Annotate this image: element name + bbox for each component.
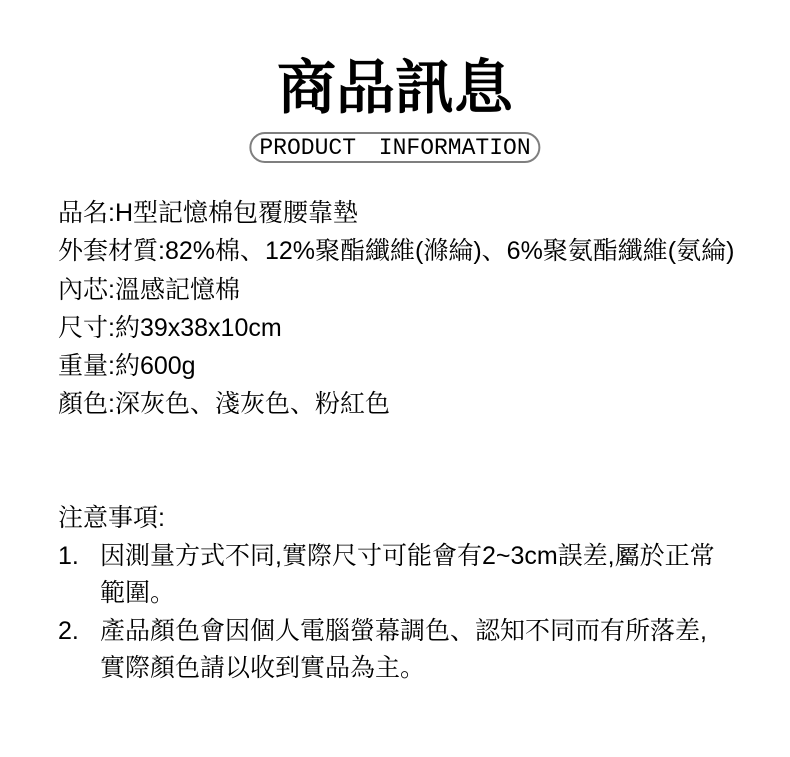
note-2-line-2: 實際顏色請以收到實品為主。 (100, 650, 758, 688)
spec-line-size: 尺寸:約39x38x10cm (58, 309, 758, 347)
spec-line-product-name: 品名:H型記憶棉包覆腰靠墊 (58, 194, 758, 232)
spec-line-inner-core: 內芯:溫感記憶棉 (58, 271, 758, 309)
notes-section: 注意事項: 1. 因測量方式不同,實際尺寸可能會有2~3cm誤差,屬於正常 範圍… (58, 500, 758, 688)
note-2-line-1: 產品顏色會因個人電腦螢幕調色、認知不同而有所落差, (100, 613, 758, 651)
page-title: 商品訊息 (0, 56, 790, 121)
note-text-2: 產品顏色會因個人電腦螢幕調色、認知不同而有所落差, 實際顏色請以收到實品為主。 (100, 613, 758, 688)
note-1-line-2: 範圍。 (100, 575, 758, 613)
note-number-1: 1. (58, 538, 100, 613)
subtitle-pill: PRODUCT INFORMATION (249, 132, 540, 163)
spec-line-weight: 重量:約600g (58, 347, 758, 385)
product-information-page: 商品訊息 PRODUCT INFORMATION 品名:H型記憶棉包覆腰靠墊 外… (0, 0, 790, 757)
note-item-1: 1. 因測量方式不同,實際尺寸可能會有2~3cm誤差,屬於正常 範圍。 (58, 538, 758, 613)
subtitle-text: PRODUCT INFORMATION (259, 135, 530, 161)
notes-heading: 注意事項: (58, 500, 758, 538)
note-1-line-1: 因測量方式不同,實際尺寸可能會有2~3cm誤差,屬於正常 (100, 538, 758, 576)
spec-line-cover-material: 外套材質:82%棉、12%聚酯纖維(滌綸)、6%聚氨酯纖維(氨綸) (58, 232, 758, 270)
note-number-2: 2. (58, 613, 100, 688)
product-specs: 品名:H型記憶棉包覆腰靠墊 外套材質:82%棉、12%聚酯纖維(滌綸)、6%聚氨… (58, 194, 758, 424)
note-item-2: 2. 產品顏色會因個人電腦螢幕調色、認知不同而有所落差, 實際顏色請以收到實品為… (58, 613, 758, 688)
note-text-1: 因測量方式不同,實際尺寸可能會有2~3cm誤差,屬於正常 範圍。 (100, 538, 758, 613)
spec-line-colors: 顏色:深灰色、淺灰色、粉紅色 (58, 385, 758, 423)
